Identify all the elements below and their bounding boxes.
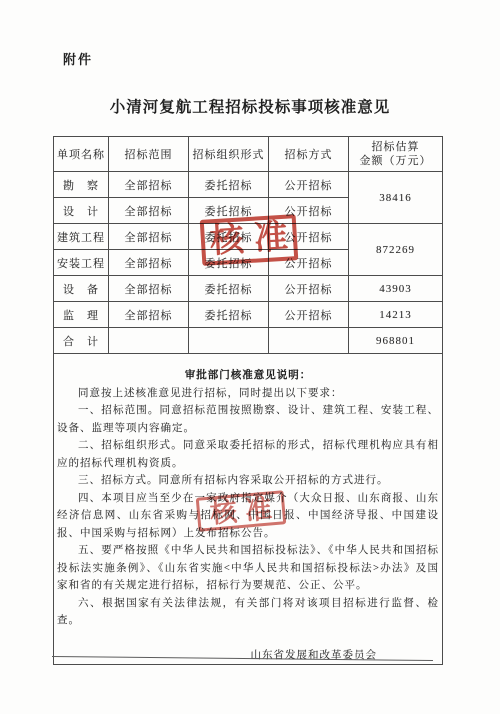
note-paragraph: 六、根据国家有关法律法规，有关部门将对该项目招标进行监督、检查。	[57, 595, 439, 630]
note-paragraph: 同意按上述核准意见进行招标，同时提出以下要求：	[57, 385, 439, 403]
cell-org: 委托招标	[189, 302, 269, 328]
cell-scope: 全部招标	[109, 302, 189, 328]
cell-amount: 38416	[349, 172, 443, 224]
cell-scope: 全部招标	[109, 276, 189, 302]
col-header-method: 招标方式	[269, 137, 349, 172]
cell-scope: 全部招标	[109, 198, 189, 224]
note-paragraph: 三、招标方式。同意所有招标内容采取公开招标的方式进行。	[57, 472, 439, 490]
cell-method: 公开招标	[269, 224, 349, 250]
row-label: 监 理	[54, 302, 109, 328]
cell-org: 委托招标	[189, 276, 269, 302]
cell-method: 公开招标	[269, 172, 349, 198]
table-row-equipment: 设 备 全部招标 委托招标 公开招标 43903	[54, 276, 443, 302]
row-label: 设 备	[54, 276, 109, 302]
cell-amount: 968801	[349, 328, 443, 354]
table-header-row: 单项名称 招标范围 招标组织形式 招标方式 招标估算 金额（万元）	[54, 137, 443, 172]
notes-row: 审批部门核准意见说明： 同意按上述核准意见进行招标，同时提出以下要求： 一、招标…	[54, 354, 443, 665]
cell-amount: 872269	[349, 224, 443, 276]
row-label: 合 计	[54, 328, 109, 354]
cell-scope: 全部招标	[109, 224, 189, 250]
cell-method: 公开招标	[269, 250, 349, 276]
cell-method: 公开招标	[269, 276, 349, 302]
cell-org: 委托招标	[189, 224, 269, 250]
row-label: 勘 察	[54, 172, 109, 198]
table-row-supervision: 监 理 全部招标 委托招标 公开招标 14213	[54, 302, 443, 328]
approval-notes: 审批部门核准意见说明： 同意按上述核准意见进行招标，同时提出以下要求： 一、招标…	[54, 356, 442, 662]
approval-table-box: 单项名称 招标范围 招标组织形式 招标方式 招标估算 金额（万元） 勘 察 全部…	[53, 136, 442, 665]
cell-scope: 全部招标	[109, 250, 189, 276]
col-header-amount: 招标估算 金额（万元）	[349, 137, 443, 172]
col-header-org-form: 招标组织形式	[189, 137, 269, 172]
amount-header-line2: 金额（万元）	[360, 155, 432, 167]
row-label: 安装工程	[54, 250, 109, 276]
document-title: 小清河复航工程招标投标事项核准意见	[0, 95, 500, 117]
note-paragraph: 二、招标组织形式。同意采取委托招标的形式，招标代理机构应具有相应的招标代理机构资…	[57, 437, 439, 472]
cell-scope: 全部招标	[109, 172, 189, 198]
attachment-label: 附件	[63, 49, 93, 68]
cell-org: 委托招标	[189, 172, 269, 198]
row-label: 建筑工程	[54, 224, 109, 250]
table-row-construction: 建筑工程 全部招标 委托招标 公开招标 872269	[54, 224, 443, 250]
table-row-survey: 勘 察 全部招标 委托招标 公开招标 38416	[54, 172, 443, 198]
cell-amount: 14213	[349, 302, 443, 328]
notes-heading: 审批部门核准意见说明：	[57, 367, 439, 385]
cell-org	[189, 328, 269, 354]
col-header-scope: 招标范围	[109, 137, 189, 172]
cell-method	[269, 328, 349, 354]
cell-scope	[109, 328, 189, 354]
cell-amount: 43903	[349, 276, 443, 302]
row-label: 设 计	[54, 198, 109, 224]
approval-table: 单项名称 招标范围 招标组织形式 招标方式 招标估算 金额（万元） 勘 察 全部…	[53, 136, 443, 665]
note-paragraph: 五、要严格按照《中华人民共和国招标投标法》、《中华人民共和国招标投标法实施条例》…	[57, 542, 439, 595]
cell-org: 委托招标	[189, 250, 269, 276]
note-paragraph: 一、招标范围。同意招标范围按照勘察、设计、建筑工程、安装工程、设备、监理等项内容…	[57, 402, 439, 437]
cell-method: 公开招标	[269, 302, 349, 328]
scanned-document-page: 附件 小清河复航工程招标投标事项核准意见 单项名称 招标范围 招标组织形式 招标…	[0, 0, 500, 714]
col-header-item-name: 单项名称	[54, 137, 109, 172]
note-paragraph: 四、本项目应当至少在一家政府指定媒介（大众日报、山东商报、山东经济信息网、山东省…	[57, 490, 439, 543]
table-row-total: 合 计 968801	[54, 328, 443, 354]
cell-org: 委托招标	[189, 198, 269, 224]
amount-header-line1: 招标估算	[372, 141, 420, 153]
approval-notes-cell: 审批部门核准意见说明： 同意按上述核准意见进行招标，同时提出以下要求： 一、招标…	[54, 354, 443, 665]
cell-method: 公开招标	[269, 198, 349, 224]
